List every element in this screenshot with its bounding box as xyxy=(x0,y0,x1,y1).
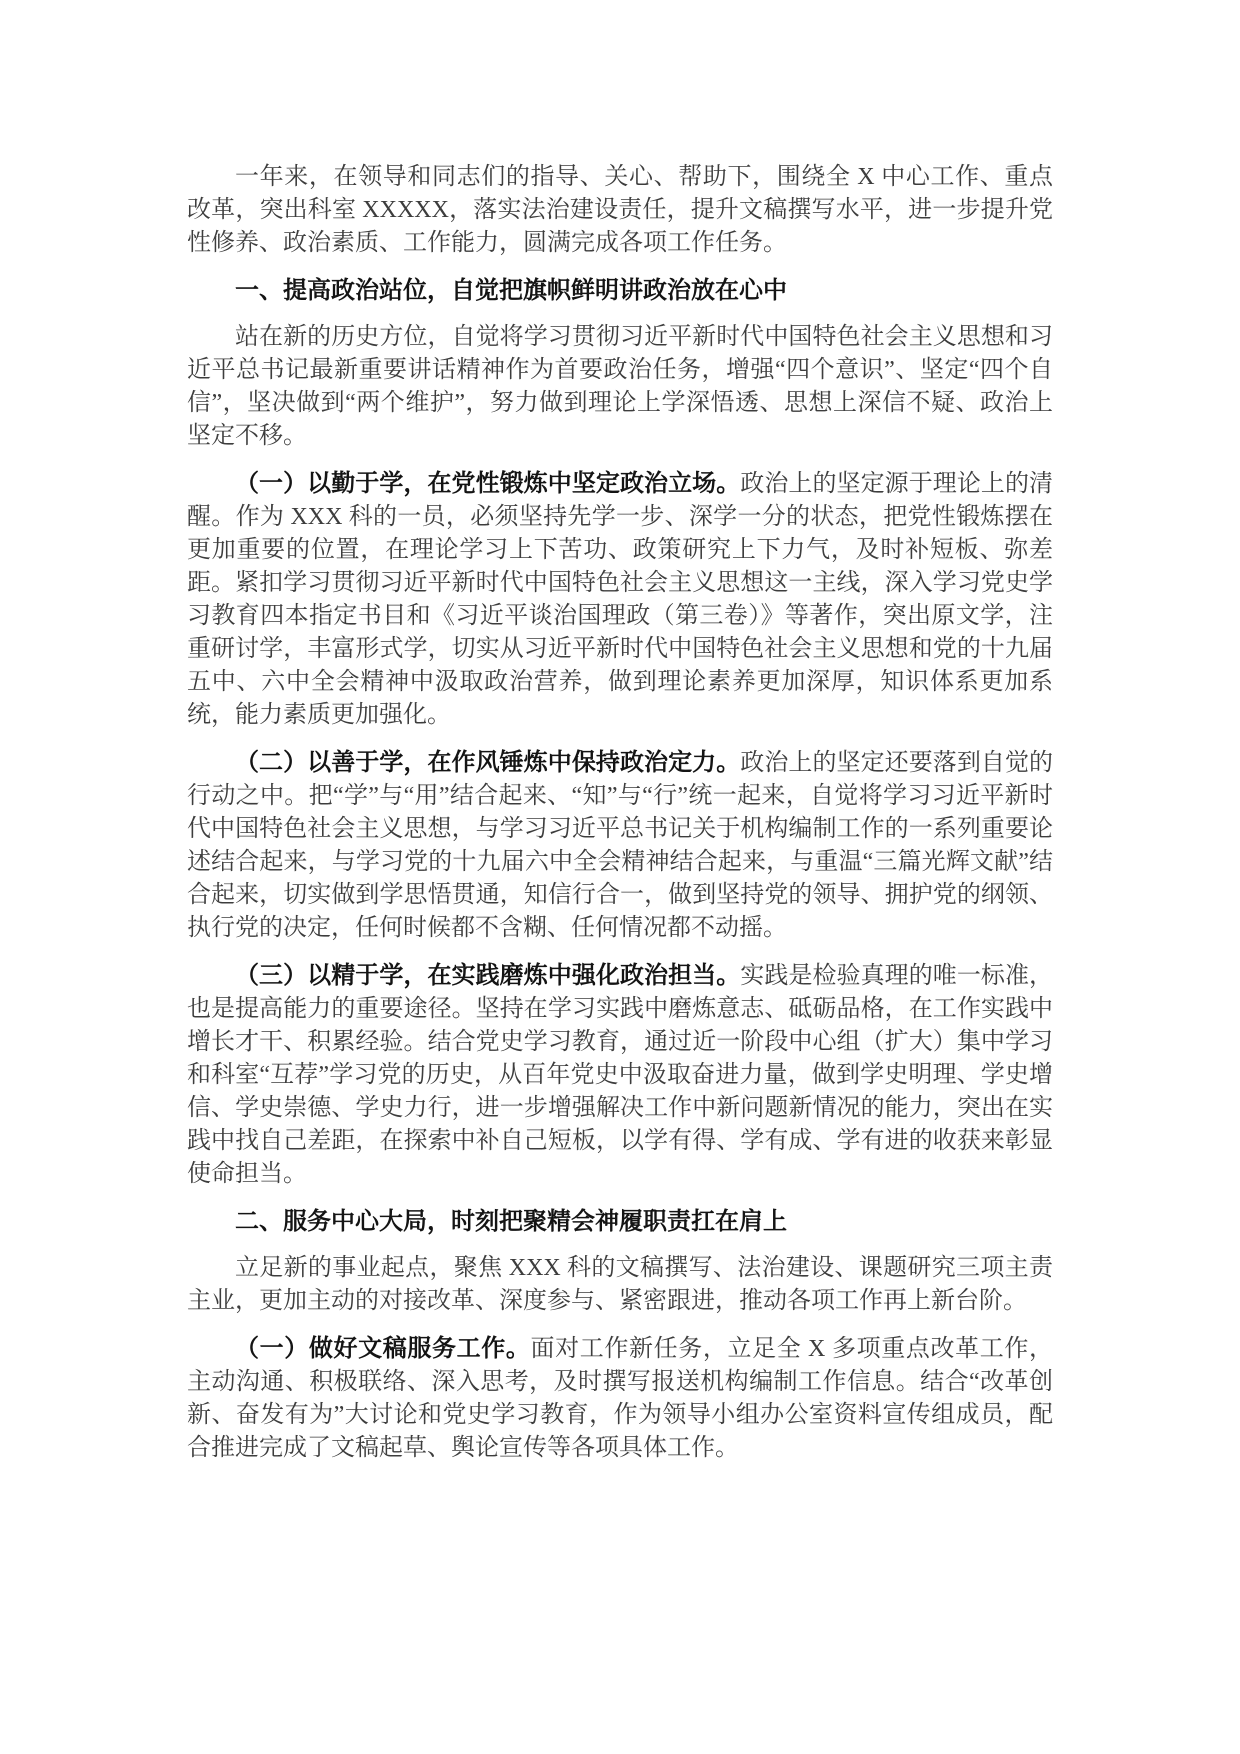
body-paragraph: （一）做好文稿服务工作。面对工作新任务，立足全 X 多项重点改革工作，主动沟通、… xyxy=(187,1332,1053,1465)
paragraph-lead-in: （一）做好文稿服务工作。 xyxy=(235,1335,531,1362)
document-page: 一年来，在领导和同志们的指导、关心、帮助下，围绕全 X 中心工作、重点改革，突出… xyxy=(0,0,1240,1754)
body-paragraph: 立足新的事业起点，聚焦 XXX 科的文稿撰写、法治建设、课题研究三项主责主业，更… xyxy=(187,1252,1053,1318)
paragraph-text: 实践是检验真理的唯一标准，也是提高能力的重要途径。坚持在学习实践中磨炼意志、砥砺… xyxy=(187,963,1053,1187)
paragraph-text: 政治上的坚定源于理论上的清醒。作为 XXX 科的一员，必须坚持先学一步、深学一分… xyxy=(187,471,1053,728)
section-heading: 二、服务中心大局，时刻把聚精会神履职责扛在肩上 xyxy=(187,1205,1053,1238)
body-paragraph: 站在新的历史方位，自觉将学习贯彻习近平新时代中国特色社会主义思想和习近平总书记最… xyxy=(187,321,1053,453)
body-paragraph: （三）以精于学，在实践磨炼中强化政治担当。实践是检验真理的唯一标准，也是提高能力… xyxy=(187,959,1053,1191)
document-content: 一年来，在领导和同志们的指导、关心、帮助下，围绕全 X 中心工作、重点改革，突出… xyxy=(187,161,1053,1465)
section-heading: 一、提高政治站位，自觉把旗帜鲜明讲政治放在心中 xyxy=(187,274,1053,307)
paragraph-lead-in: （三）以精于学，在实践磨炼中强化政治担当。 xyxy=(235,962,740,989)
body-paragraph: 一年来，在领导和同志们的指导、关心、帮助下，围绕全 X 中心工作、重点改革，突出… xyxy=(187,161,1053,260)
paragraph-lead-in: （一）以勤于学，在党性锻炼中坚定政治立场。 xyxy=(235,470,740,497)
body-paragraph: （一）以勤于学，在党性锻炼中坚定政治立场。政治上的坚定源于理论上的清醒。作为 X… xyxy=(187,467,1053,732)
paragraph-lead-in: （二）以善于学，在作风锤炼中保持政治定力。 xyxy=(235,749,740,776)
body-paragraph: （二）以善于学，在作风锤炼中保持政治定力。政治上的坚定还要落到自觉的行动之中。把… xyxy=(187,746,1053,945)
paragraph-text: 政治上的坚定还要落到自觉的行动之中。把“学”与“用”结合起来、“知”与“行”统一… xyxy=(187,750,1053,941)
